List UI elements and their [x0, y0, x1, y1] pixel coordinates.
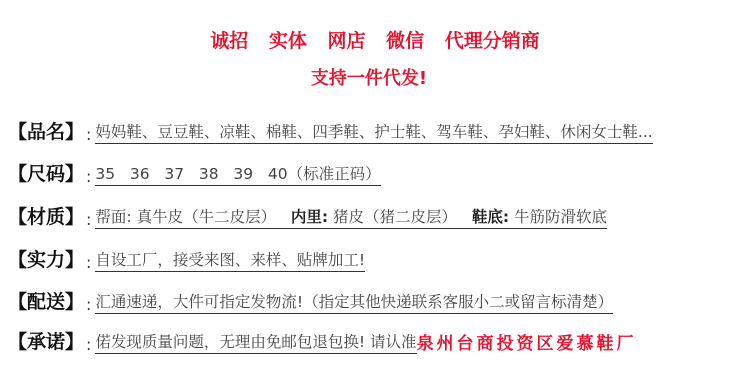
lining-value: 猪皮（猪二皮层）	[333, 208, 457, 226]
product-name-row: 【品名】 : 妈妈鞋、豆豆鞋、凉鞋、棉鞋、四季鞋、护士鞋、驾车鞋、孕妇鞋、休闲女…	[8, 118, 653, 144]
recruit-headline: 诚招 实体 网店 微信 代理分销商	[0, 26, 750, 53]
delivery-row: 【配送】 : 汇通速递，大件可指定发物流!（指定其他快递联系客服小二或留言标清楚…	[8, 288, 613, 314]
row-label: 【配送】	[8, 287, 84, 314]
lining-label: 内里:	[291, 208, 328, 226]
upper-label: 帮面:	[95, 208, 131, 226]
row-label: 【实力】	[8, 245, 84, 272]
headline-item: 网店	[327, 30, 365, 52]
colon: :	[86, 167, 91, 186]
row-value: 偌发现质量问题，无理由免邮包退包换! 请认准	[95, 332, 416, 354]
sole-label: 鞋底:	[472, 208, 509, 226]
size-row: 【尺码】 : 35 36 37 38 39 40（标准正码）	[8, 160, 381, 186]
row-value: 35 36 37 38 39 40（标准正码）	[95, 164, 380, 186]
strength-row: 【实力】 : 自设工厂，接受来图、来样、贴牌加工!	[8, 246, 365, 272]
headline-item: 微信	[386, 30, 424, 52]
upper-value: 真牛皮（牛二皮层）	[137, 208, 277, 226]
colon: :	[86, 253, 91, 272]
colon: :	[86, 295, 91, 314]
material-row: 【材质】 : 帮面: 真牛皮（牛二皮层） 内里: 猪皮（猪二皮层） 鞋底: 牛筋…	[8, 203, 607, 229]
colon: :	[86, 125, 91, 144]
row-label: 【品名】	[8, 117, 84, 144]
row-label: 【承诺】	[8, 327, 84, 354]
colon: :	[86, 210, 91, 229]
row-value: 自设工厂，接受来图、来样、贴牌加工!	[95, 250, 365, 272]
headline-item: 诚招	[210, 30, 248, 52]
row-value: 妈妈鞋、豆豆鞋、凉鞋、棉鞋、四季鞋、护士鞋、驾车鞋、孕妇鞋、休闲女士鞋...	[95, 122, 652, 144]
factory-name: 泉州台商投资区爱慕鞋厂	[417, 329, 637, 354]
sole-value: 牛筋防滑软底	[514, 208, 607, 226]
row-label: 【材质】	[8, 202, 84, 229]
promise-row: 【承诺】 : 偌发现质量问题，无理由免邮包退包换! 请认准 泉州台商投资区爱慕鞋…	[8, 328, 637, 354]
colon: :	[86, 335, 91, 354]
headline-item: 代理分销商	[445, 30, 540, 52]
row-value: 帮面: 真牛皮（牛二皮层） 内里: 猪皮（猪二皮层） 鞋底: 牛筋防滑软底	[95, 207, 607, 229]
headline-item: 实体	[269, 30, 307, 52]
row-value: 汇通速递，大件可指定发物流!（指定其他快递联系客服小二或留言标清楚）	[95, 292, 613, 314]
row-label: 【尺码】	[8, 159, 84, 186]
dropship-subheadline: 支持一件代发!	[0, 64, 744, 90]
